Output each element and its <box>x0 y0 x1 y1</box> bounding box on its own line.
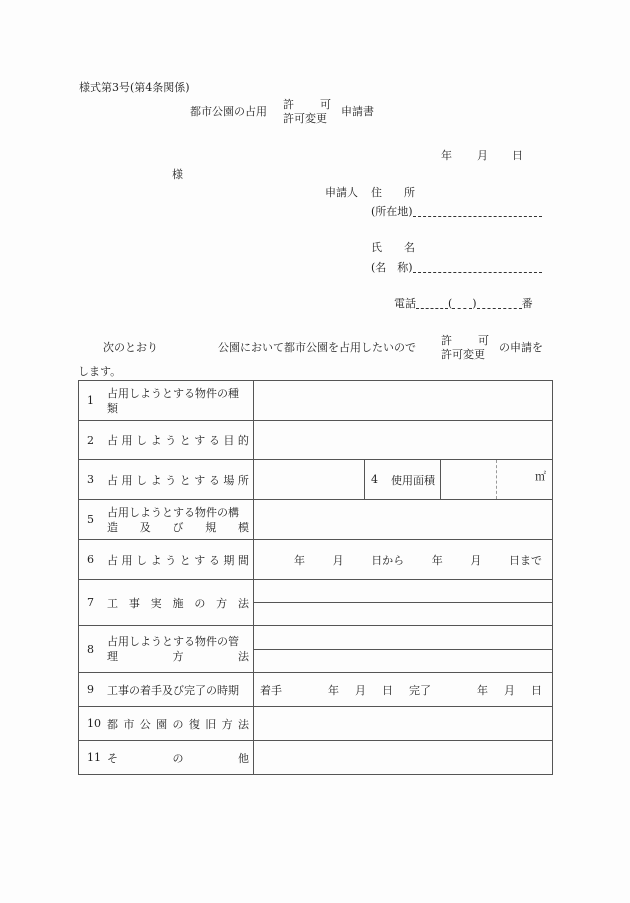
intro-option-kyo: 許 <box>441 335 452 346</box>
row-6-char: う <box>165 552 176 568</box>
application-table: 1 占用しようとする物件の種類 2 占用しようとする目的 3 占用しようとする場… <box>78 380 553 775</box>
row-8-value-line2[interactable] <box>254 649 552 673</box>
phone-label: 電話 <box>394 297 416 310</box>
row-9-work-cell[interactable]: 着手 年 月 日 完了 年 月 日 <box>254 673 553 707</box>
row-2-char: 目 <box>223 432 234 448</box>
row-7-label: 7 工事実施の方法 <box>79 580 254 626</box>
area-value-integer-cell[interactable] <box>441 460 497 499</box>
row-6-char: 用 <box>122 552 133 568</box>
row-10-char: 園 <box>156 716 167 732</box>
applicant-label: 申請人 <box>325 187 358 198</box>
row-3-value-group: 4 使用面積 ㎡ <box>254 460 553 500</box>
row-10-label: 10 都市公園の復旧方法 <box>79 707 254 741</box>
row-4-number: 4 <box>365 473 391 486</box>
row-2-char: 占 <box>107 432 118 448</box>
work-start-day: 日 <box>382 682 393 698</box>
table-row-5: 5 占用しようとする物件の構 造及び規模 <box>79 500 553 540</box>
row-7-value-line2[interactable] <box>254 602 552 625</box>
row-1-label-line1: 占用しようとする物件の種 <box>107 387 239 400</box>
intro-part1: 次のとおり <box>103 342 158 353</box>
row-7-char: 施 <box>172 595 183 611</box>
row-8-char: 理 <box>107 649 118 664</box>
row-11-char: の <box>173 750 184 766</box>
row-6-char: 期 <box>223 552 234 568</box>
phone-field[interactable]: 電話()番 <box>394 298 533 309</box>
row-8-char: 方 <box>173 649 184 664</box>
row-2-char: う <box>165 432 176 448</box>
row-3-char: す <box>194 472 205 488</box>
row-5-char: 模 <box>238 520 249 535</box>
row-11-number: 11 <box>79 751 107 764</box>
row-6-char: 間 <box>238 552 249 568</box>
table-row-8: 8 占用しようとする物件の管 理方法 <box>79 626 553 673</box>
address-field[interactable]: (所在地) <box>371 206 542 217</box>
row-9-number: 9 <box>79 683 107 696</box>
row-10-char: 復 <box>189 716 200 732</box>
table-row-6: 6 占用しようとする期間 年 月 日から 年 月 日まで <box>79 540 553 580</box>
row-7-char: 工 <box>107 595 118 611</box>
row-10-char: 方 <box>222 716 233 732</box>
row-6-char: し <box>136 552 147 568</box>
phone-exchange-line[interactable] <box>452 298 472 309</box>
row-6-char: と <box>180 552 191 568</box>
row-6-label: 6 占用しようとする期間 <box>79 540 254 580</box>
row-10-char: 旧 <box>205 716 216 732</box>
row-5-char: び <box>173 520 184 535</box>
row-6-number: 6 <box>79 553 107 566</box>
intro-part4: します。 <box>78 366 121 377</box>
row-10-char: 法 <box>238 716 249 732</box>
date-year: 年 <box>441 150 452 161</box>
name-input-line[interactable] <box>413 262 542 273</box>
intro-option-ka: 可 <box>478 335 489 346</box>
row-7-char: 方 <box>216 595 227 611</box>
phone-number-line[interactable] <box>477 298 522 309</box>
work-start-month: 月 <box>355 682 366 698</box>
row-10-char: 都 <box>107 716 118 732</box>
row-9-label: 9 工事の着手及び完了の時期 <box>79 673 254 707</box>
title-option-kyo: 許 <box>283 99 294 110</box>
row-2-value-cell[interactable] <box>254 421 553 460</box>
row-8-value-group <box>254 626 553 673</box>
row-7-char: の <box>194 595 205 611</box>
title-prefix: 都市公園の占用 <box>190 106 267 117</box>
row-2-label: 2 占用しようとする目的 <box>79 421 254 460</box>
table-row-7: 7 工事実施の方法 <box>79 580 553 626</box>
row-3-char: し <box>136 472 147 488</box>
table-row-3: 3 占用しようとする場所 4 使用面積 ㎡ <box>79 460 553 500</box>
row-6-char: 占 <box>107 552 118 568</box>
row-7-value-group <box>254 580 553 626</box>
row-3-char: よ <box>151 472 162 488</box>
table-row-11: 11 その他 <box>79 741 553 775</box>
row-3-label: 3 占用しようとする場所 <box>79 460 254 500</box>
row-1-number: 1 <box>79 394 107 407</box>
row-7-value-line1[interactable] <box>254 580 552 602</box>
row-7-char: 実 <box>151 595 162 611</box>
name-sub-label: (名 称) <box>371 261 413 274</box>
address-input-line[interactable] <box>413 206 542 217</box>
row-5-label-line1: 占用しようとする物件の構 <box>107 506 239 519</box>
table-row-10: 10 都市公園の復旧方法 <box>79 707 553 741</box>
address-label: 住 所 <box>371 187 415 198</box>
row-3-char: と <box>180 472 191 488</box>
period-start-year: 年 <box>294 552 305 568</box>
work-end-month: 月 <box>504 682 515 698</box>
work-end-day: 日 <box>531 682 542 698</box>
row-2-char: す <box>194 432 205 448</box>
row-8-label: 8 占用しようとする物件の管 理方法 <box>79 626 254 673</box>
row-2-char: と <box>180 432 191 448</box>
work-start-label: 着手 <box>260 682 282 698</box>
date-month: 月 <box>477 150 488 161</box>
period-start-month: 月 <box>333 552 344 568</box>
row-5-value-cell[interactable] <box>254 500 553 540</box>
row-10-char: 公 <box>140 716 151 732</box>
title-option-change: 許可変更 <box>283 113 331 124</box>
square-meter-unit: ㎡ <box>535 470 546 483</box>
row-1-label: 1 占用しようとする物件の種類 <box>79 381 254 421</box>
row-5-number: 5 <box>79 513 107 526</box>
period-start-day: 日から <box>371 552 404 568</box>
row-3-char: 所 <box>238 472 249 488</box>
row-6-period-cell[interactable]: 年 月 日から 年 月 日まで <box>254 540 553 580</box>
row-7-number: 7 <box>79 596 107 609</box>
row-9-label-text: 工事の着手及び完了の時期 <box>107 682 253 698</box>
date-day: 日 <box>512 150 523 161</box>
row-10-char: の <box>173 716 184 732</box>
intro-permit-options: 許可 許可変更 <box>441 335 489 360</box>
addressee-honorific: 様 <box>172 169 183 180</box>
row-5-label: 5 占用しようとする物件の構 造及び規模 <box>79 500 254 540</box>
area-label-cell: 4 使用面積 <box>365 460 441 499</box>
address-sub-label: (所在地) <box>371 205 413 218</box>
row-5-char: 造 <box>107 520 118 535</box>
form-number: 様式第3号(第4条関係) <box>79 82 190 93</box>
name-field[interactable]: (名 称) <box>371 262 542 273</box>
row-7-char: 事 <box>129 595 140 611</box>
row-10-value-cell[interactable] <box>254 707 553 741</box>
row-6-char: よ <box>151 552 162 568</box>
row-8-number: 8 <box>79 643 107 656</box>
row-5-char: 及 <box>140 520 151 535</box>
period-end-day: 日まで <box>509 552 542 568</box>
area-value-decimal-cell[interactable]: ㎡ <box>497 460 552 499</box>
row-3-number: 3 <box>79 473 107 486</box>
name-label: 氏 名 <box>371 242 415 253</box>
row-6-char: す <box>194 552 205 568</box>
intro-part2: 公園において都市公園を占用したいので <box>218 342 416 353</box>
row-1-value-cell[interactable] <box>254 381 553 421</box>
row-7-char: 法 <box>238 595 249 611</box>
row-8-char: 法 <box>238 649 249 664</box>
row-2-char: よ <box>151 432 162 448</box>
row-8-label-line1: 占用しようとする物件の管 <box>107 635 239 648</box>
row-8-value-line1[interactable] <box>254 626 552 649</box>
row-10-number: 10 <box>79 717 107 730</box>
table-row-2: 2 占用しようとする目的 <box>79 421 553 460</box>
period-end-month: 月 <box>470 552 481 568</box>
title-permit-options: 許可 許可変更 <box>283 99 331 124</box>
row-2-char: し <box>136 432 147 448</box>
location-value-cell[interactable] <box>254 460 365 499</box>
table-row-9: 9 工事の着手及び完了の時期 着手 年 月 日 完了 年 月 日 <box>79 673 553 707</box>
row-11-label: 11 その他 <box>79 741 254 775</box>
row-11-char: そ <box>107 750 118 766</box>
row-2-number: 2 <box>79 434 107 447</box>
phone-suffix: 番 <box>522 297 533 310</box>
row-5-char: 規 <box>205 520 216 535</box>
row-6-char: る <box>209 552 220 568</box>
row-11-value-cell[interactable] <box>254 741 553 775</box>
work-end-year: 年 <box>477 682 488 698</box>
row-3-char: る <box>209 472 220 488</box>
row-11-char: 他 <box>238 750 249 766</box>
row-3-char: 占 <box>107 472 118 488</box>
row-3-char: 用 <box>122 472 133 488</box>
row-3-char: 場 <box>223 472 234 488</box>
table-row-1: 1 占用しようとする物件の種類 <box>79 381 553 421</box>
row-4-label: 使用面積 <box>391 472 435 488</box>
work-end-label: 完了 <box>409 682 431 698</box>
row-3-char: う <box>165 472 176 488</box>
title-option-ka: 可 <box>320 99 331 110</box>
row-2-char: る <box>209 432 220 448</box>
row-10-char: 市 <box>123 716 134 732</box>
row-1-label-line2: 類 <box>107 402 118 415</box>
intro-option-change: 許可変更 <box>441 349 489 360</box>
period-end-year: 年 <box>432 552 443 568</box>
title-suffix: 申請書 <box>341 106 374 117</box>
row-2-char: 用 <box>122 432 133 448</box>
work-start-year: 年 <box>328 682 339 698</box>
phone-area-line[interactable] <box>416 298 448 309</box>
row-2-char: 的 <box>238 432 249 448</box>
intro-part3: の申請を <box>499 342 543 353</box>
